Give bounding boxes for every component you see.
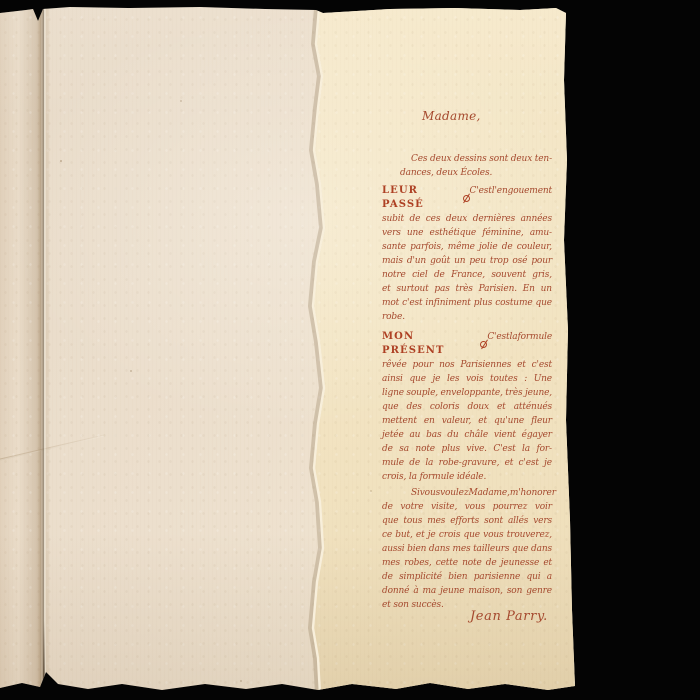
letter-line: lignesouple,enveloppante,trèsjeune, (382, 386, 552, 400)
slashed-circle-icon (463, 195, 470, 202)
letter-sheet: Madame, Cesdeuxdessinssontdeuxten-dances… (0, 0, 700, 700)
letter-line: maisd'ungoûtunpeutroposépour (382, 254, 552, 268)
signature: Jean Parry. (470, 610, 552, 624)
letter-paragraph: SivousvoulezMadame,m'honorerdevotrevisit… (378, 486, 552, 612)
letter-line: etsurtoutpastrèsParisien.Enun (382, 282, 552, 296)
letter-line: LEUR PASSÉC'estl'engouement (382, 184, 552, 212)
letter-text-block: Madame, Cesdeuxdessinssontdeuxten-dances… (378, 108, 552, 624)
letter-line: Cesdeuxdessinssontdeuxten- (411, 152, 552, 166)
letter-line: SivousvoulezMadame,m'honorer (411, 486, 552, 500)
letter-line: ainsiquejelesvoistoutes:Une (382, 372, 552, 386)
letter-line: muledelarobe-gravure,etc'estje (382, 456, 552, 470)
letter-paragraph: LEUR PASSÉC'estl'engouementsubitdecesdeu… (378, 184, 552, 324)
letter-paragraphs: Cesdeuxdessinssontdeuxten-dances, deux É… (378, 152, 552, 612)
letter-line: mesrobes,cettenotedejeunesseet (382, 556, 552, 570)
letter-line: versuneesthétiqueféminine,amu- (382, 226, 552, 240)
letter-line: crois, la formule idéale. (382, 470, 552, 484)
slashed-circle-icon (480, 341, 487, 348)
salutation: Madame, (422, 108, 552, 124)
letter-line: devotrevisite,vouspourrezvoir (382, 500, 552, 514)
folded-back-panel (0, 0, 41, 700)
letter-line: cebut,etjecroisquevoustrouverez, (382, 528, 552, 542)
letter-line: motc'estinfinimentpluscostumeque (382, 296, 552, 310)
letter-line: rêvéepournosParisiennesetc'est (382, 358, 552, 372)
letter-line: notrecieldeFrance,souventgris, (382, 268, 552, 282)
paragraph-header: LEUR PASSÉ (382, 184, 463, 212)
letter-line: dances, deux Écoles. (400, 166, 552, 180)
letter-paragraph: Cesdeuxdessinssontdeuxten-dances, deux É… (378, 152, 552, 180)
letter-line: MON PRÉSENTC'estlaformule (382, 330, 552, 358)
photo-background: Madame, Cesdeuxdessinssontdeuxten-dances… (0, 0, 700, 700)
letter-line: quedescolorisdouxetatténués (382, 400, 552, 414)
letter-paragraph: MON PRÉSENTC'estlaformulerêvéepournosPar… (378, 330, 552, 484)
letter-line: jetéeaubasduchâlevientégayer (382, 428, 552, 442)
letter-line: donnéàmajeunemaison,songenre (382, 584, 552, 598)
letter-line: aussibiendansmestailleursquedans (382, 542, 552, 556)
fold-crease (37, 6, 50, 690)
paper-specks (60, 160, 62, 162)
letter-line: mettentenvaleur,etqu'unefleur (382, 414, 552, 428)
letter-line: desimplicitébienparisiennequia (382, 570, 552, 584)
paragraph-header: MON PRÉSENT (382, 330, 480, 358)
letter-line: quetousmeseffortssontallésvers (382, 514, 552, 528)
letter-line: santeparfois,mêmejoliedecouleur, (382, 240, 552, 254)
letter-line: desanoteplusvive.C'estlafor- (382, 442, 552, 456)
letter-line: robe. (382, 310, 552, 324)
letter-line: subitdecesdeuxdernièresannées (382, 212, 552, 226)
